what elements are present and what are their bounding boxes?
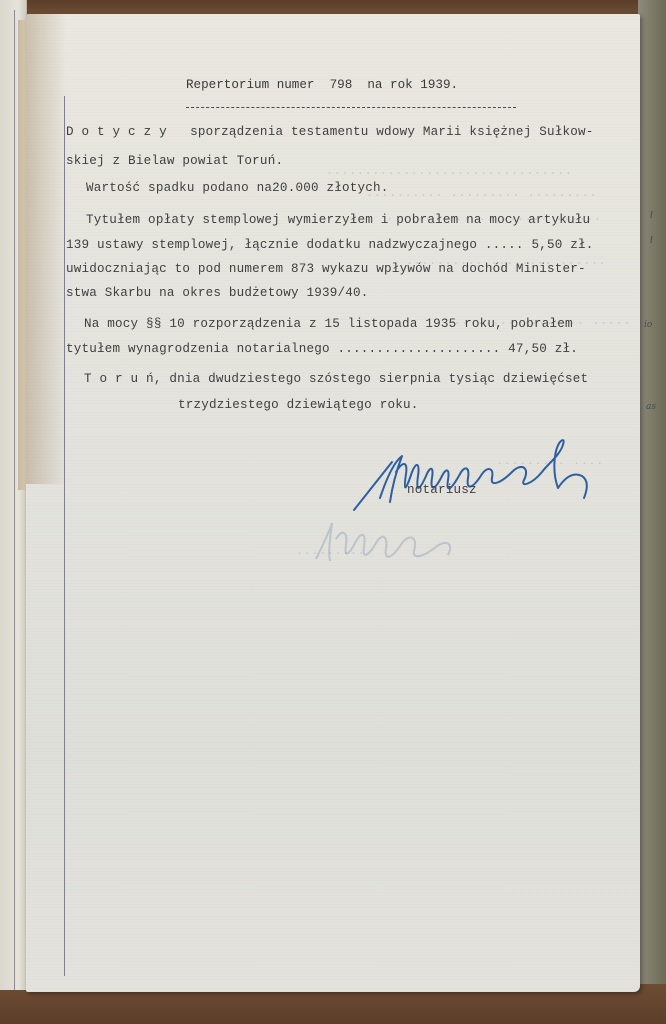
text-line: trzydziestego dziewiątego roku. — [178, 399, 418, 412]
text-line: stwa Skarbu na okres budżetowy 1939/40. — [66, 287, 369, 300]
text-line: uwidoczniając to pod numerem 873 wykazu … — [66, 263, 586, 276]
text-line: D o t y c z y sporządzenia testamentu wd… — [66, 126, 594, 139]
margin-rule — [64, 96, 65, 976]
underlying-page-margin-rule — [14, 10, 15, 990]
text-line: Wartość spadku podano na20.000 złotych. — [86, 182, 389, 195]
text-line: 139 ustawy stemplowej, łącznie dodatku n… — [66, 239, 594, 252]
title-underline — [186, 107, 516, 108]
bleed-through-signature — [296, 509, 526, 569]
bleed-through-text: .......... ......... ......... — [366, 186, 597, 200]
text-line: tytułem wynagrodzenia notarialnego .....… — [66, 343, 578, 356]
signature-label: notariusz — [407, 484, 477, 497]
binder-cover-right — [638, 0, 666, 1024]
margin-note: as — [646, 402, 656, 412]
binding-shadow — [26, 14, 66, 484]
text-line: Na mocy §§ 10 rozporządzenia z 15 listop… — [84, 318, 573, 331]
bleed-through-text: ................................ — [326, 164, 572, 178]
document-title: Repertorium numer 798 na rok 1939. — [186, 78, 458, 92]
margin-note: ł — [650, 236, 653, 246]
text-line: Tytułem opłaty stemplowej wymierzyłem i … — [86, 214, 590, 227]
text-line: skiej z Bielaw powiat Toruń. — [66, 155, 283, 168]
document-page: ................................ .......… — [26, 14, 640, 992]
margin-note: ł — [650, 211, 653, 221]
text-line: T o r u ń, dnia dwudziestego szóstego si… — [84, 373, 588, 386]
margin-note: io — [644, 320, 652, 330]
